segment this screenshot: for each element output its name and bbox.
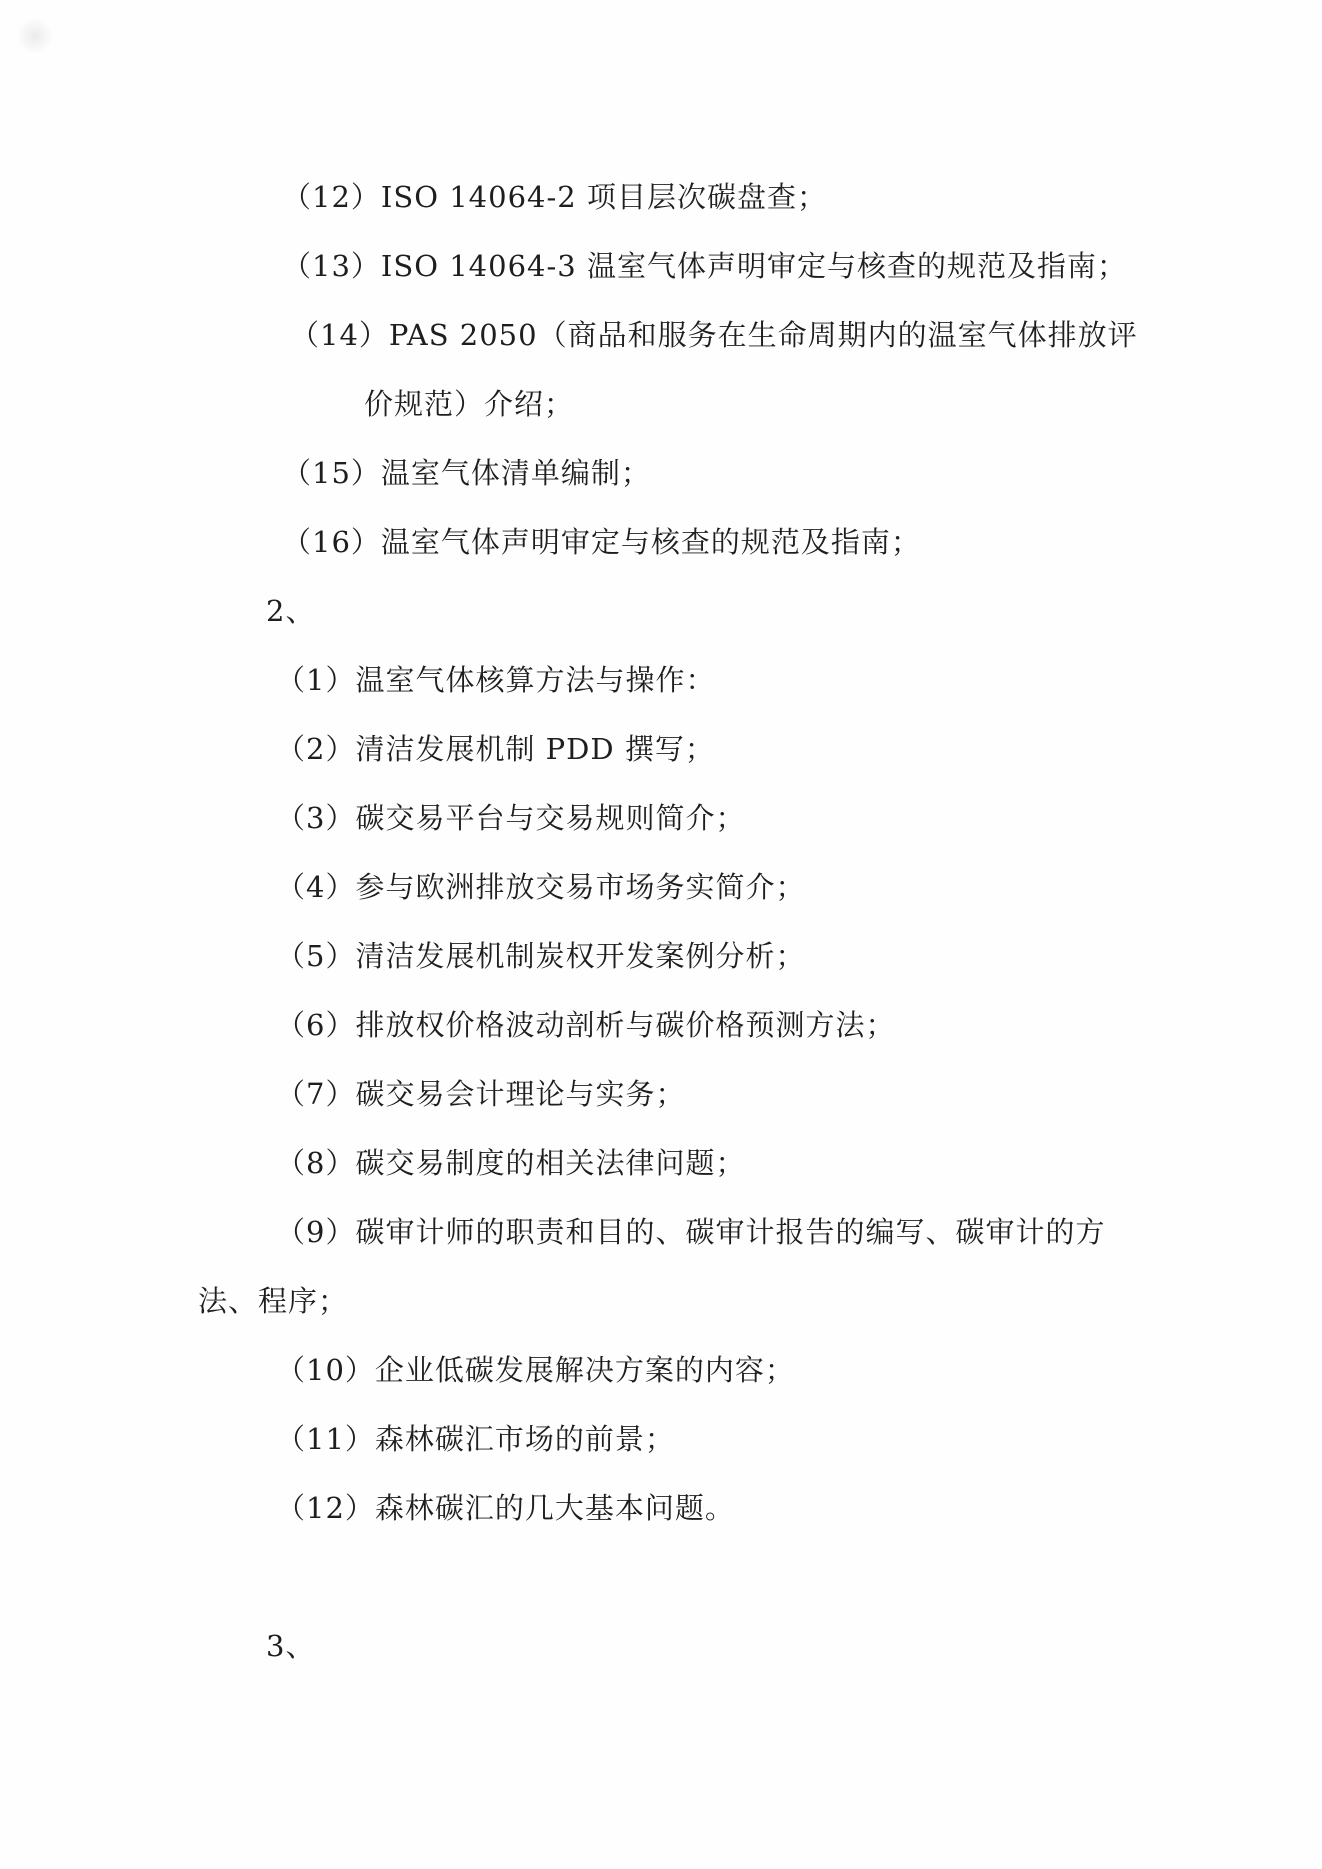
list-item-1-15: （15）温室气体清单编制； bbox=[282, 456, 651, 490]
document-page: （12）ISO 14064-2 项目层次碳盘查； （13）ISO 14064-3… bbox=[0, 0, 1322, 1869]
list-item-1-14-line1: （14）PAS 2050（商品和服务在生命周期内的温室气体排放评 bbox=[290, 318, 1138, 352]
list-item-1-16: （16）温室气体声明审定与核查的规范及指南； bbox=[282, 525, 921, 559]
list-item-1-13: （13）ISO 14064-3 温室气体声明审定与核查的规范及指南； bbox=[282, 249, 1127, 283]
list-item-2-11: （11）森林碳汇市场的前景； bbox=[276, 1422, 675, 1456]
list-item-2-3: （3）碳交易平台与交易规则简介； bbox=[276, 801, 745, 835]
list-item-1-12: （12）ISO 14064-2 项目层次碳盘查； bbox=[282, 180, 827, 214]
list-item-2-7: （7）碳交易会计理论与实务； bbox=[276, 1077, 685, 1111]
list-item-2-6: （6）排放权价格波动剖析与碳价格预测方法； bbox=[276, 1008, 895, 1042]
list-item-2-10: （10）企业低碳发展解决方案的内容； bbox=[276, 1353, 795, 1387]
list-item-2-9-line1: （9）碳审计师的职责和目的、碳审计报告的编写、碳审计的方 bbox=[276, 1215, 1105, 1249]
list-item-2-8: （8）碳交易制度的相关法律问题； bbox=[276, 1146, 745, 1180]
list-item-2-5: （5）清洁发展机制炭权开发案例分析； bbox=[276, 939, 805, 973]
list-item-2-12: （12）森林碳汇的几大基本问题。 bbox=[276, 1491, 735, 1525]
section-heading-3: 3、 bbox=[266, 1629, 315, 1663]
list-item-2-1: （1）温室气体核算方法与操作： bbox=[276, 663, 715, 697]
list-item-2-9-line2: 法、程序； bbox=[198, 1284, 348, 1318]
list-item-2-4: （4）参与欧洲排放交易市场务实简介； bbox=[276, 870, 805, 904]
section-heading-2: 2、 bbox=[266, 594, 315, 628]
scan-artifact bbox=[18, 16, 52, 56]
list-item-2-2: （2）清洁发展机制 PDD 撰写； bbox=[276, 732, 715, 766]
list-item-1-14-line2: 价规范）介绍； bbox=[364, 387, 574, 421]
